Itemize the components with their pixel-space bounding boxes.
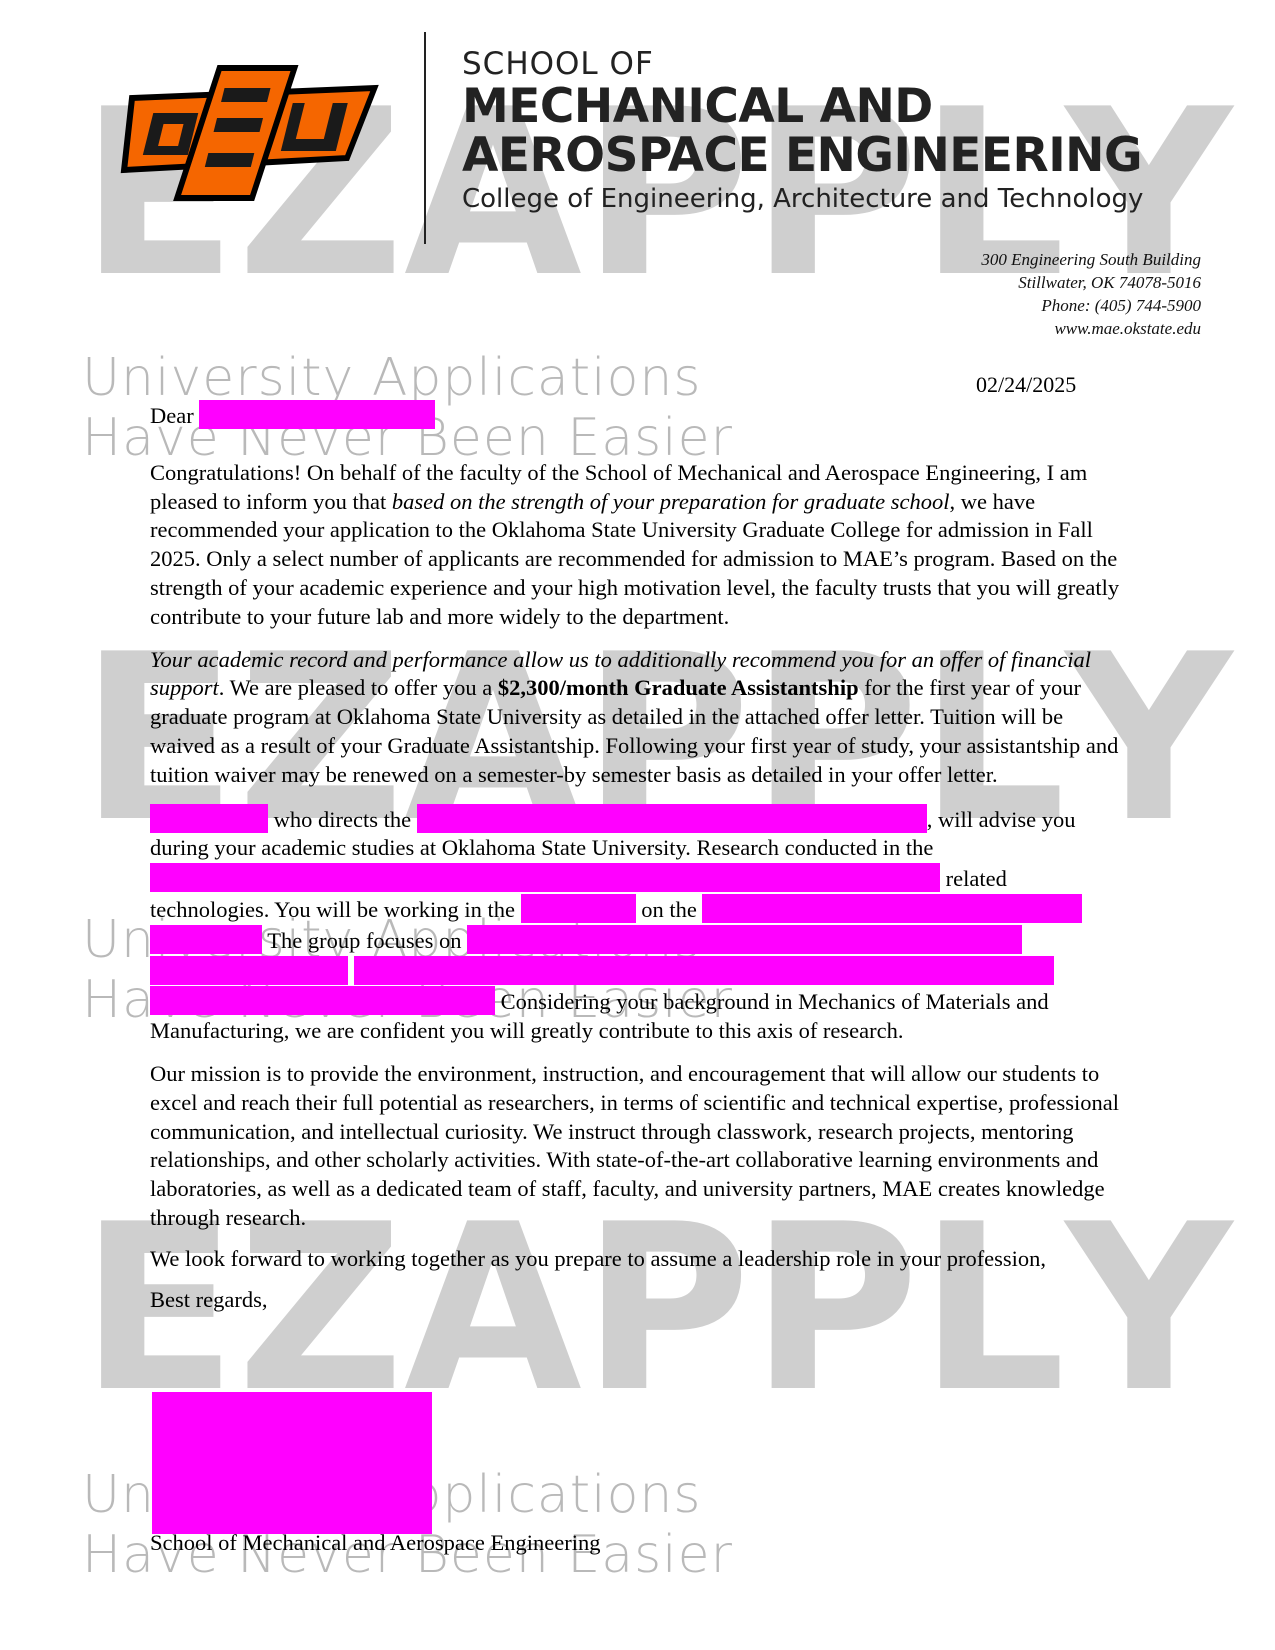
college-name: College of Engineering, Architecture and… [462,182,1143,216]
redacted-project-name-cont [150,925,262,954]
redacted-focus-area [467,925,1022,954]
redacted-project-name [702,894,1082,923]
letter-date: 02/24/2025 [976,372,1076,398]
department-name-line2: AEROSPACE ENGINEERING [462,131,1143,180]
redacted-focus-area-cont [354,956,1054,985]
closing-salutation: Best regards, [150,1286,1130,1315]
address-city: Stillwater, OK 74078-5016 [981,271,1201,294]
redacted-recipient-name [199,400,435,429]
address-street: 300 Engineering South Building [981,248,1201,271]
salutation: Dear [150,400,1130,431]
letterhead: SCHOOL OF MECHANICAL AND AEROSPACE ENGIN… [462,46,1143,216]
redacted-signature [152,1392,432,1534]
address-block: 300 Engineering South Building Stillwate… [981,248,1201,340]
redacted-focus-area-cont [150,956,348,985]
signature-department: School of Mechanical and Aerospace Engin… [150,1530,600,1556]
letter-body: Dear Congratulations! On behalf of the f… [150,400,1130,1326]
osu-logo-icon [82,58,392,208]
paragraph-closing: We look forward to working together as y… [150,1245,1130,1274]
redacted-focus-area-cont [150,986,495,1015]
paragraph-mission: Our mission is to provide the environmen… [150,1060,1130,1233]
redacted-group-name [521,894,636,923]
paragraph-financial-support: Your academic record and performance all… [150,646,1130,790]
redacted-advisor-name [150,804,268,833]
header-divider [424,32,426,244]
address-phone: Phone: (405) 744-5900 [981,294,1201,317]
department-name-line1: MECHANICAL AND [462,82,1143,131]
paragraph-congratulations: Congratulations! On behalf of the facult… [150,459,1130,632]
school-of-label: SCHOOL OF [462,46,1143,82]
assistantship-amount: $2,300/month Graduate Assistantship [498,675,859,700]
paragraph-advisor: who directs the , will advise you during… [150,804,1130,1046]
redacted-research-area [150,863,940,892]
address-website: www.mae.okstate.edu [981,317,1201,340]
redacted-lab-name [417,804,927,833]
